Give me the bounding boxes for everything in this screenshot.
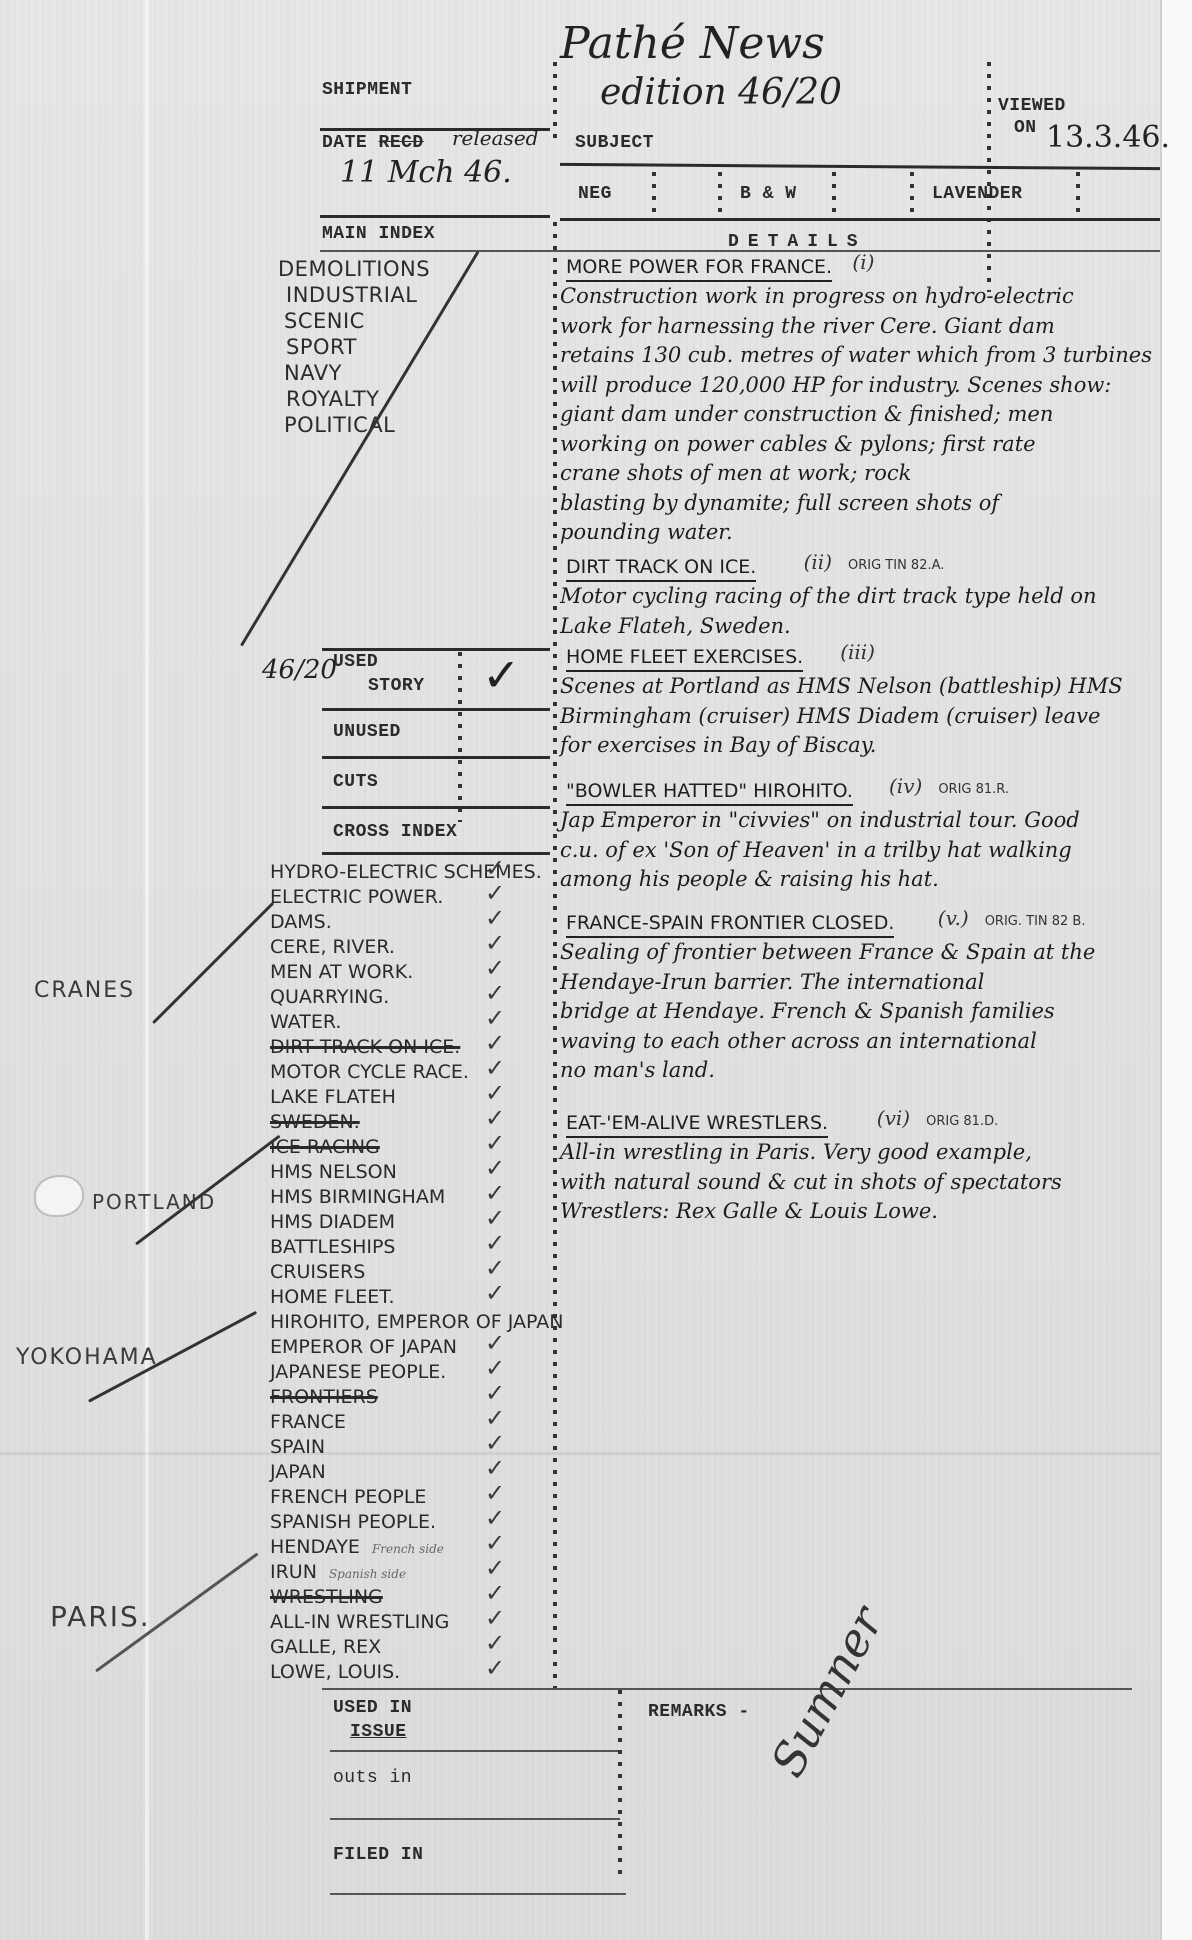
cross-index-item: ELECTRIC POWER.✓ <box>270 885 570 910</box>
cross-index-text: FRANCE <box>270 1411 346 1433</box>
cross-index-text: EMPEROR OF JAPAN <box>270 1336 457 1358</box>
cross-index-text: HIROHITO, EMPEROR OF JAPAN <box>270 1311 563 1333</box>
story-line: giant dam under construction & finished;… <box>560 400 1180 430</box>
check-mark-icon: ✓ <box>485 1206 505 1231</box>
story-number: (v.) <box>938 906 969 930</box>
bw-label: B & W <box>740 184 797 204</box>
check-mark-icon: ✓ <box>485 1356 505 1381</box>
story-body: Construction work in progress on hydro-e… <box>560 282 1180 548</box>
cross-index-text: MEN AT WORK. <box>270 961 413 983</box>
cross-index-item: LOWE, LOUIS.✓ <box>270 1660 570 1685</box>
check-mark-icon: ✓ <box>485 1456 505 1481</box>
cross-index-item: DIRT TRACK ON ICE.✓ <box>270 1035 570 1060</box>
cross-index-text: MOTOR CYCLE RACE. <box>270 1061 469 1083</box>
check-mark-icon: ✓ <box>485 1481 505 1506</box>
used-story-label: USED <box>333 652 378 672</box>
main-index-label: MAIN INDEX <box>322 224 435 244</box>
main-index-item: POLITICAL <box>284 412 430 438</box>
story-number-ref: (iii) <box>830 640 875 664</box>
remarks-label: REMARKS - <box>648 1702 750 1722</box>
check-mark-icon: ✓ <box>485 1631 505 1656</box>
story-line: crane shots of men at work; rock <box>560 459 1180 489</box>
cross-index-item: ICE RACING✓ <box>270 1135 570 1160</box>
margin-note-cranes: CRANES <box>34 978 135 1003</box>
story-number-ref: (i) <box>842 250 874 274</box>
cross-index-text: DIRT TRACK ON ICE. <box>270 1036 460 1058</box>
cross-index-text: FRENCH PEOPLE <box>270 1486 426 1508</box>
story-title: FRANCE-SPAIN FRONTIER CLOSED. <box>566 912 894 938</box>
story-body: Motor cycling racing of the dirt track t… <box>560 582 1180 641</box>
rule <box>322 708 550 711</box>
column-divider <box>832 172 836 212</box>
check-mark-icon: ✓ <box>485 1031 505 1056</box>
rule <box>322 756 550 759</box>
check-mark-icon: ✓ <box>485 931 505 956</box>
story-number-ref: (iv)ORIG 81.R. <box>879 774 1009 798</box>
cross-index-item: MEN AT WORK.✓ <box>270 960 570 985</box>
cross-index-item: IRUNSpanish side✓ <box>270 1560 570 1585</box>
main-index-item: INDUSTRIAL <box>286 282 430 308</box>
main-index-item: ROYALTY <box>286 386 430 412</box>
subject-label: SUBJECT <box>575 133 654 153</box>
used-story-label-2: STORY <box>368 676 425 696</box>
cross-index-item: MOTOR CYCLE RACE.✓ <box>270 1060 570 1085</box>
column-divider <box>652 172 656 212</box>
story-title: "BOWLER HATTED" HIROHITO. <box>566 780 853 806</box>
cross-index-item: HMS DIADEM✓ <box>270 1210 570 1235</box>
rule <box>330 1750 620 1752</box>
check-mark-icon: ✓ <box>485 1606 505 1631</box>
cross-index-text: HMS DIADEM <box>270 1211 395 1233</box>
viewed-date: 13.3.46. <box>1046 120 1170 155</box>
story-line: bridge at Hendaye. French & Spanish fami… <box>560 997 1180 1027</box>
used-in-issue-label: USED IN <box>333 1698 412 1718</box>
filed-in-label: FILED IN <box>333 1845 423 1865</box>
story-orig-ref: ORIG. TIN 82 B. <box>985 914 1086 929</box>
story-line: no man's land. <box>560 1056 1180 1086</box>
cross-index-text: JAPAN <box>270 1461 326 1483</box>
check-mark-icon: ✓ <box>485 1056 505 1081</box>
cross-index-item: FRANCE✓ <box>270 1410 570 1435</box>
story-body: Jap Emperor in "civvies" on industrial t… <box>560 806 1180 895</box>
cross-index-item: ALL-IN WRESTLING✓ <box>270 1610 570 1635</box>
story-line: Birmingham (cruiser) HMS Diadem (cruiser… <box>560 702 1180 732</box>
cross-index-text: SPAIN <box>270 1436 325 1458</box>
cross-index-item: CERE, RIVER.✓ <box>270 935 570 960</box>
check-mark-icon: ✓ <box>485 881 505 906</box>
paper-fold-vertical <box>145 0 149 1940</box>
story-line: Lake Flateh, Sweden. <box>560 612 1180 642</box>
cross-index-item: HMS NELSON✓ <box>270 1160 570 1185</box>
column-divider <box>618 1690 622 1880</box>
cross-index-item: DAMS.✓ <box>270 910 570 935</box>
check-mark-icon: ✓ <box>485 1381 505 1406</box>
cross-index-item: SPAIN✓ <box>270 1435 570 1460</box>
story-line: Scenes at Portland as HMS Nelson (battle… <box>560 672 1180 702</box>
check-mark-icon: ✓ <box>485 856 505 881</box>
check-mark-icon: ✓ <box>485 1431 505 1456</box>
column-divider <box>987 62 991 292</box>
story-line: Wrestlers: Rex Galle & Louis Lowe. <box>560 1197 1180 1227</box>
check-mark-icon: ✓ <box>485 1506 505 1531</box>
story-line: Jap Emperor in "civvies" on industrial t… <box>560 806 1180 836</box>
cross-index-text: CRUISERS <box>270 1261 365 1283</box>
cross-index-text: FRONTIERS <box>270 1386 378 1408</box>
cross-index-note: French side <box>372 1542 444 1556</box>
cross-index-text: ELECTRIC POWER. <box>270 886 443 908</box>
story-number-ref: (v.)ORIG. TIN 82 B. <box>928 906 1086 930</box>
story-number: (i) <box>852 250 874 274</box>
cross-index-text: HOME FLEET. <box>270 1286 395 1308</box>
check-mark-icon: ✓ <box>485 1131 505 1156</box>
story-body: All-in wrestling in Paris. Very good exa… <box>560 1138 1180 1227</box>
rule <box>322 852 550 855</box>
main-index-list: DEMOLITIONSINDUSTRIALSCENICSPORTNAVYROYA… <box>284 256 430 438</box>
story-title: MORE POWER FOR FRANCE. <box>566 256 832 282</box>
lavender-label: LAVENDER <box>932 184 1022 204</box>
cross-index-text: JAPANESE PEOPLE. <box>270 1361 446 1383</box>
date-label: DATE RECD <box>322 133 424 153</box>
cross-index-item: SWEDEN.✓ <box>270 1110 570 1135</box>
rule <box>330 1818 620 1820</box>
cross-index-item: SPANISH PEOPLE.✓ <box>270 1510 570 1535</box>
story-line: working on power cables & pylons; first … <box>560 430 1180 460</box>
check-mark-icon: ✓ <box>485 1331 505 1356</box>
viewed-label: VIEWED <box>998 96 1066 116</box>
title-handwritten: Pathé News <box>560 18 825 69</box>
cross-index-item: HMS BIRMINGHAM✓ <box>270 1185 570 1210</box>
story-line: for exercises in Bay of Biscay. <box>560 731 1180 761</box>
story-title: EAT-'EM-ALIVE WRESTLERS. <box>566 1112 828 1138</box>
story-orig-ref: ORIG 81.R. <box>938 782 1009 797</box>
cross-index-text: IRUN <box>270 1561 317 1583</box>
shipment-label: SHIPMENT <box>322 80 412 100</box>
story-line: All-in wrestling in Paris. Very good exa… <box>560 1138 1180 1168</box>
cross-index-text: QUARRYING. <box>270 986 389 1008</box>
cross-index-item: CRUISERS✓ <box>270 1260 570 1285</box>
cross-index-item: HOME FLEET.✓ <box>270 1285 570 1310</box>
main-index-item: SCENIC <box>284 308 430 334</box>
rule <box>320 250 1160 252</box>
cross-index-list: HYDRO-ELECTRIC SCHEMES.✓ELECTRIC POWER.✓… <box>270 860 570 1685</box>
cross-index-item: HENDAYEFrench side✓ <box>270 1535 570 1560</box>
details-label: DETAILS <box>728 232 867 252</box>
check-mark-icon: ✓ <box>485 1081 505 1106</box>
cross-index-item: GALLE, REX✓ <box>270 1635 570 1660</box>
cross-index-item: EMPEROR OF JAPAN✓ <box>270 1335 570 1360</box>
check-mark-icon: ✓ <box>485 981 505 1006</box>
main-index-item: SPORT <box>286 334 430 360</box>
cross-index-item: BATTLESHIPS✓ <box>270 1235 570 1260</box>
margin-note-yokohama: YOKOHAMA. <box>16 1345 166 1370</box>
story-line: blasting by dynamite; full screen shots … <box>560 489 1180 519</box>
story-title: DIRT TRACK ON ICE. <box>566 556 756 582</box>
cross-index-text: WRESTLING <box>270 1586 383 1608</box>
story-orig-ref: ORIG 81.D. <box>926 1114 998 1129</box>
story-line: with natural sound & cut in shots of spe… <box>560 1168 1180 1198</box>
cross-index-label: CROSS INDEX <box>333 822 457 842</box>
story-number: (iv) <box>889 774 922 798</box>
cross-index-item: LAKE FLATEH✓ <box>270 1085 570 1110</box>
cross-index-text: HMS NELSON <box>270 1161 397 1183</box>
cross-index-item: FRENCH PEOPLE✓ <box>270 1485 570 1510</box>
paper-fold-horizontal <box>0 1452 1160 1455</box>
margin-note-portland: PORTLAND <box>92 1190 216 1214</box>
story-number: (ii) <box>804 550 832 574</box>
cross-index-note: Spanish side <box>329 1567 406 1581</box>
story-line: Hendaye-Irun barrier. The international <box>560 968 1180 998</box>
check-mark-icon: ✓ <box>485 906 505 931</box>
check-mark-icon: ✓ <box>485 1231 505 1256</box>
cross-index-text: GALLE, REX <box>270 1636 381 1658</box>
rule <box>320 215 550 218</box>
cross-index-text: SPANISH PEOPLE. <box>270 1511 436 1533</box>
neg-label: NEG <box>578 184 612 204</box>
rule <box>322 1688 1132 1690</box>
story-body: Sealing of frontier between France & Spa… <box>560 938 1180 1086</box>
column-divider <box>553 62 557 142</box>
story-line: Construction work in progress on hydro-e… <box>560 282 1180 312</box>
story-line: pounding water. <box>560 518 1180 548</box>
story-line: work for harnessing the river Cere. Gian… <box>560 312 1180 342</box>
check-mark-icon: ✓ <box>485 1406 505 1431</box>
column-divider <box>458 652 462 822</box>
story-line: will produce 120,000 HP for industry. Sc… <box>560 371 1180 401</box>
check-mark-icon: ✓ <box>485 1181 505 1206</box>
story-orig-ref: ORIG TIN 82.A. <box>848 558 944 573</box>
cross-index-item: HYDRO-ELECTRIC SCHEMES.✓ <box>270 860 570 885</box>
edition-note: 46/20 <box>262 655 337 685</box>
story-body: Scenes at Portland as HMS Nelson (battle… <box>560 672 1180 761</box>
date-released-value: 11 Mch 46. <box>340 155 512 190</box>
check-mark-icon: ✓ <box>485 1256 505 1281</box>
margin-note-paris: PARIS. <box>50 1600 151 1633</box>
main-index-item: DEMOLITIONS <box>278 256 430 282</box>
cross-index-text: LAKE FLATEH <box>270 1086 396 1108</box>
check-mark-icon: ✓ <box>485 1656 505 1681</box>
rule <box>560 218 1160 221</box>
cross-index-item: WATER.✓ <box>270 1010 570 1035</box>
story-line: c.u. of ex 'Son of Heaven' in a trilby h… <box>560 836 1180 866</box>
cross-index-item: JAPAN✓ <box>270 1460 570 1485</box>
story-line: Motor cycling racing of the dirt track t… <box>560 582 1180 612</box>
rule <box>330 1893 626 1895</box>
punch-hole <box>34 1175 84 1217</box>
check-mark-icon: ✓ <box>485 1556 505 1581</box>
cross-index-text: ALL-IN WRESTLING <box>270 1611 449 1633</box>
story-line: retains 130 cub. metres of water which f… <box>560 341 1180 371</box>
used-in-issue-label-2: ISSUE <box>350 1722 407 1742</box>
check-mark-icon: ✓ <box>485 1106 505 1131</box>
story-number: (iii) <box>840 640 875 664</box>
story-line: Sealing of frontier between France & Spa… <box>560 938 1180 968</box>
date-label-handwritten: released <box>452 126 538 150</box>
story-line: among his people & raising his hat. <box>560 865 1180 895</box>
column-divider <box>1076 172 1080 212</box>
cross-index-text: LOWE, LOUIS. <box>270 1661 400 1683</box>
check-mark-icon: ✓ <box>485 1581 505 1606</box>
cross-index-text: DAMS. <box>270 911 332 933</box>
cross-index-text: ICE RACING <box>270 1136 380 1158</box>
cross-index-item: JAPANESE PEOPLE.✓ <box>270 1360 570 1385</box>
story-number-ref: (ii)ORIG TIN 82.A. <box>794 550 945 574</box>
check-mark-icon: ✓ <box>485 1156 505 1181</box>
cross-index-text: HENDAYE <box>270 1536 360 1558</box>
check-mark-icon: ✓ <box>485 1531 505 1556</box>
date-label-text: DATE <box>322 133 367 153</box>
check-mark-icon: ✓ <box>485 1281 505 1306</box>
check-mark-icon: ✓ <box>485 956 505 981</box>
used-story-check: ✓ <box>482 648 521 702</box>
cuts-label: CUTS <box>333 772 378 792</box>
column-divider <box>718 172 722 212</box>
story-line: waving to each other across an internati… <box>560 1027 1180 1057</box>
rule <box>322 806 550 809</box>
edition-handwritten: edition 46/20 <box>600 72 842 113</box>
story-title: HOME FLEET EXERCISES. <box>566 646 803 672</box>
cross-index-text: HMS BIRMINGHAM <box>270 1186 445 1208</box>
date-label-struck: RECD <box>379 133 424 153</box>
cuts-in-label: outs in <box>333 1768 412 1788</box>
cross-index-item: FRONTIERS✓ <box>270 1385 570 1410</box>
viewed-on-label: ON <box>1014 118 1037 138</box>
cross-index-text: WATER. <box>270 1011 341 1033</box>
cross-index-text: SWEDEN. <box>270 1111 360 1133</box>
cross-index-text: CERE, RIVER. <box>270 936 395 958</box>
column-divider <box>910 172 914 212</box>
story-number: (vi) <box>877 1106 910 1130</box>
cross-index-item: HIROHITO, EMPEROR OF JAPAN <box>270 1310 570 1335</box>
unused-label: UNUSED <box>333 722 401 742</box>
story-number-ref: (vi)ORIG 81.D. <box>867 1106 998 1130</box>
cross-index-item: QUARRYING.✓ <box>270 985 570 1010</box>
check-mark-icon: ✓ <box>485 1006 505 1031</box>
cross-index-item: WRESTLING✓ <box>270 1585 570 1610</box>
cross-index-text: BATTLESHIPS <box>270 1236 396 1258</box>
